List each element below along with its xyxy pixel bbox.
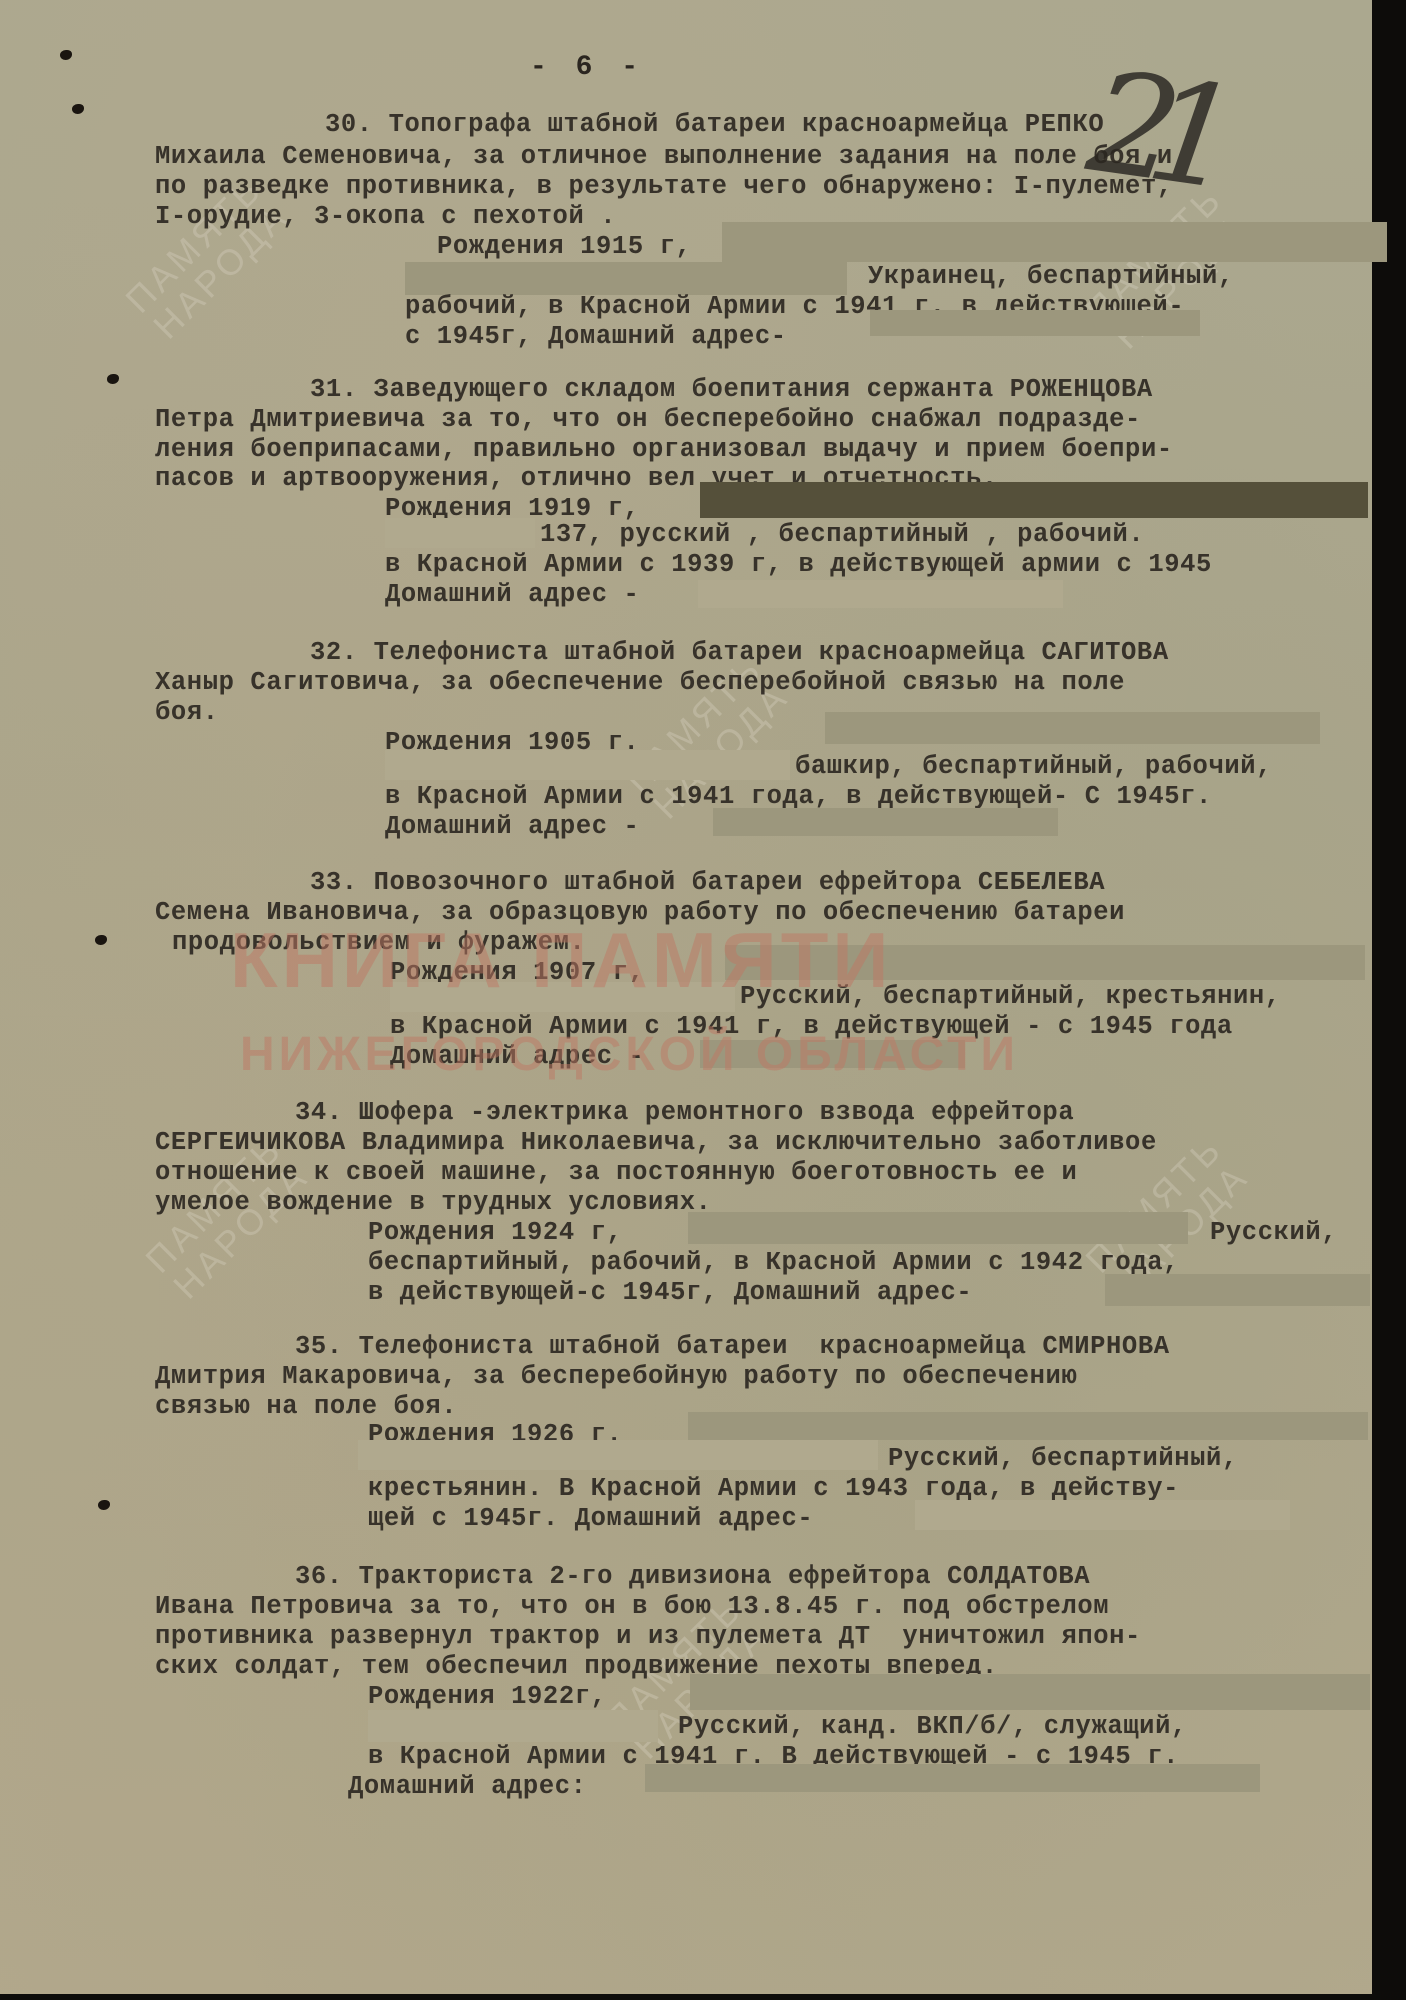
redacted-field bbox=[688, 1412, 1368, 1440]
redacted-field bbox=[368, 1710, 658, 1742]
redacted-field bbox=[825, 712, 1320, 744]
entry-34-line: в действующей-с 1945г, Домашний адрес- bbox=[368, 1278, 972, 1307]
entry-34-line: отношение к своей машине, за постоянную … bbox=[155, 1158, 1077, 1187]
watermark-region: НИЖЕГОРОДСКОЙ ОБЛАСТИ bbox=[240, 1030, 1019, 1080]
entry-31-line: Петра Дмитриевича за то, что он беспереб… bbox=[155, 405, 1141, 434]
entry-33-line: 33. Повозочного штабной батареи ефрейтор… bbox=[310, 868, 1105, 897]
entry-31-line: ления боеприпасами, правильно организова… bbox=[155, 435, 1173, 464]
redacted-field bbox=[645, 1764, 1260, 1792]
redacted-field bbox=[1105, 1274, 1370, 1306]
entry-32-line: башкир, беспартийный, рабочий, bbox=[795, 752, 1272, 781]
binding-hole bbox=[98, 1500, 110, 1510]
redacted-field bbox=[698, 580, 1063, 608]
entry-32-line: Домашний адрес - bbox=[385, 812, 639, 841]
entry-36-line: Рождения 1922г, bbox=[368, 1682, 607, 1711]
entry-30-line: Михаила Семеновича, за отличное выполнен… bbox=[155, 142, 1173, 171]
redacted-field bbox=[722, 222, 1387, 262]
watermark-kniga-pamyati: КНИГА ПАМЯТИ bbox=[230, 920, 892, 1000]
document-page: ПАМЯТЬ НАРОДА ПАМЯТЬ НАРОДА ПАМЯТЬ НАРОД… bbox=[0, 0, 1372, 1994]
redacted-field bbox=[870, 310, 1200, 336]
entry-32-line: в Красной Армии с 1941 года, в действующ… bbox=[385, 782, 1212, 811]
redacted-field bbox=[385, 518, 535, 548]
entry-30-line: 30. Топографа штабной батареи красноарме… bbox=[325, 110, 1104, 139]
entry-34-line: умелое вождение в трудных условиях. bbox=[155, 1188, 712, 1217]
entry-36-line: Домашний адрес: bbox=[348, 1772, 587, 1801]
entry-35-line: Русский, беспартийный, bbox=[888, 1444, 1238, 1473]
entry-31-line: Домашний адрес - bbox=[385, 580, 639, 609]
entry-35-line: щей с 1945г. Домашний адрес- bbox=[368, 1504, 813, 1533]
entry-35-line: 35. Телефониста штабной батареи красноар… bbox=[295, 1332, 1170, 1361]
entry-34-line: 34. Шофера -электрика ремонтного взвода … bbox=[295, 1098, 1074, 1127]
entry-35-line: крестьянин. В Красной Армии с 1943 года,… bbox=[368, 1474, 1179, 1503]
redacted-field bbox=[358, 1440, 878, 1470]
entry-30-line: с 1945г, Домашний адрес- bbox=[405, 322, 787, 351]
entry-34-line: СЕРГЕИЧИКОВА Владимира Николаевича, за и… bbox=[155, 1128, 1157, 1157]
binding-hole bbox=[95, 935, 107, 945]
entry-32-line: Ханыр Сагитовича, за обеспечение беспере… bbox=[155, 668, 1125, 697]
entry-30-line: Рождения 1915 г, bbox=[437, 232, 691, 261]
entry-34-line: Русский, bbox=[1210, 1218, 1337, 1247]
entry-35-line: Дмитрия Макаровича, за бесперебойную раб… bbox=[155, 1362, 1077, 1391]
redacted-field bbox=[690, 1674, 1370, 1710]
binding-hole bbox=[107, 374, 119, 384]
entry-34-line: Рождения 1924 г, bbox=[368, 1218, 622, 1247]
redacted-field bbox=[713, 808, 1058, 836]
entry-31-line: 31. Заведующего складом боепитания сержа… bbox=[310, 375, 1153, 404]
entry-36-line: противника развернул трактор и из пулеме… bbox=[155, 1622, 1141, 1651]
entry-36-line: 36. Тракториста 2-го дивизиона ефрейтора… bbox=[295, 1562, 1090, 1591]
entry-35-line: связью на поле боя. bbox=[155, 1392, 457, 1421]
binding-hole bbox=[60, 50, 72, 60]
entry-30-line: по разведке противника, в результате чег… bbox=[155, 172, 1173, 201]
entry-31-line: 137, русский , беспартийный , рабочий. bbox=[540, 520, 1144, 549]
entry-34-line: беспартийный, рабочий, в Красной Армии с… bbox=[368, 1248, 1179, 1277]
entry-30-line: Украинец, беспартийный, bbox=[868, 262, 1234, 291]
entry-30-line: I-орудие, 3-окопа с пехотой . bbox=[155, 202, 616, 231]
entry-32-line: 32. Телефониста штабной батареи красноар… bbox=[310, 638, 1169, 667]
redacted-field bbox=[688, 1212, 1188, 1244]
entry-32-line: боя. bbox=[155, 698, 219, 727]
redacted-field bbox=[700, 482, 1368, 518]
entry-31-line: в Красной Армии с 1939 г, в действующей … bbox=[385, 550, 1212, 579]
entry-36-line: Русский, канд. ВКП/б/, служащий, bbox=[678, 1712, 1187, 1741]
binding-hole bbox=[72, 104, 84, 114]
redacted-field bbox=[385, 750, 790, 780]
entry-36-line: Ивана Петровича за то, что он в бою 13.8… bbox=[155, 1592, 1109, 1621]
redacted-field bbox=[405, 262, 847, 295]
page-number: - 6 - bbox=[530, 52, 644, 83]
redacted-field bbox=[915, 1500, 1290, 1530]
